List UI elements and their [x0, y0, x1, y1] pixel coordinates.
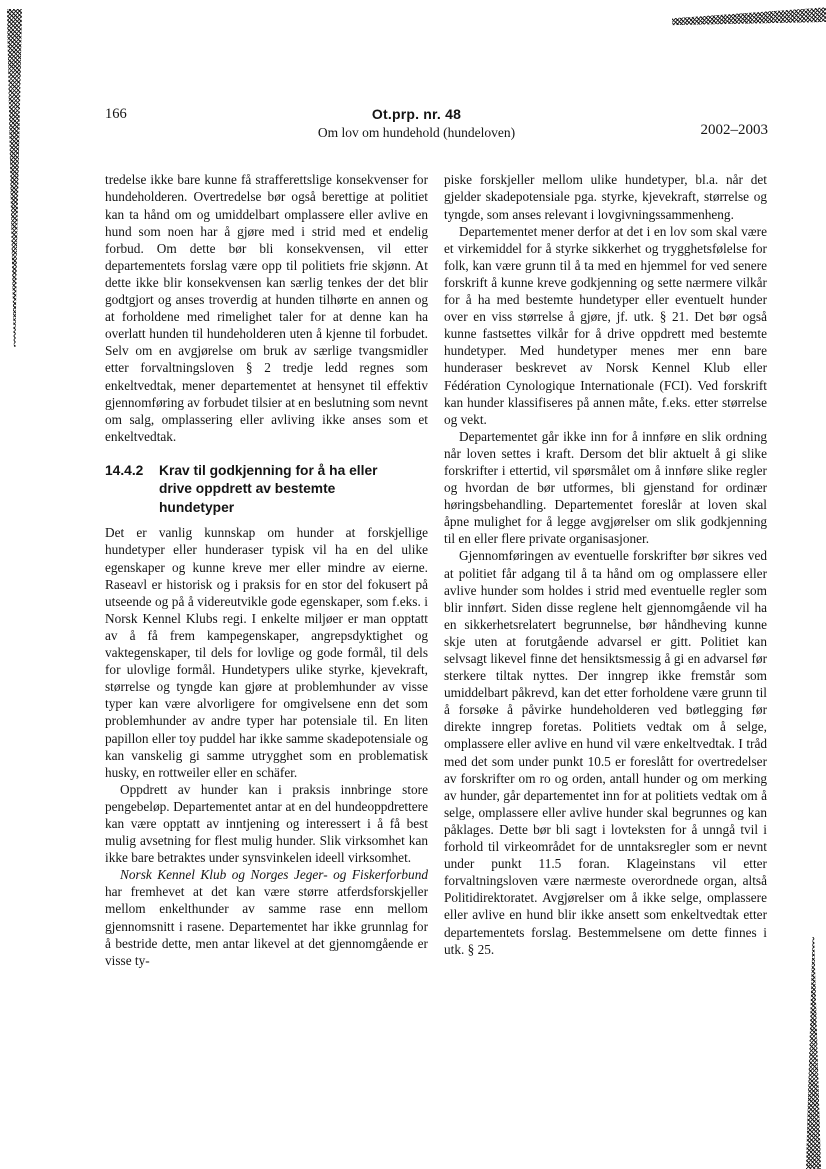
- paragraph: Oppdrett av hunder kan i praksis innbrin…: [105, 781, 428, 866]
- document-title: Ot.prp. nr. 48: [175, 106, 658, 124]
- text-columns: tredelse ikke bare kunne få strafferetts…: [0, 141, 826, 968]
- page-number: 166: [105, 106, 175, 123]
- running-head: Ot.prp. nr. 48 Om lov om hundehold (hund…: [175, 106, 658, 141]
- session-year: 2002–2003: [658, 122, 768, 139]
- organization-names-italic: Norsk Kennel Klub og Norges Jeger- og Fi…: [120, 867, 428, 882]
- right-column: piske forskjeller mellom ulike hundetype…: [444, 171, 767, 968]
- paragraph: Det er vanlig kunnskap om hunder at fors…: [105, 524, 428, 780]
- paragraph-continuation: tredelse ikke bare kunne få strafferetts…: [105, 171, 428, 445]
- section-heading: 14.4.2 Krav til godkjenning for å ha ell…: [105, 462, 428, 518]
- left-column: tredelse ikke bare kunne få strafferetts…: [105, 171, 428, 968]
- paragraph-continuation: piske forskjeller mellom ulike hundetype…: [444, 171, 767, 222]
- paragraph: Departementet mener derfor at det i en l…: [444, 223, 767, 428]
- document-subtitle: Om lov om hundehold (hundeloven): [175, 125, 658, 142]
- paragraph: Departementet går ikke inn for å innføre…: [444, 428, 767, 548]
- scan-artifact-bottom-right-band: [806, 937, 821, 1169]
- section-number: 14.4.2: [105, 462, 159, 518]
- section-title: Krav til godkjenning for å ha eller driv…: [159, 462, 411, 518]
- paragraph: Gjennomføringen av eventuelle forskrifte…: [444, 547, 767, 957]
- document-page: 166 Ot.prp. nr. 48 Om lov om hundehold (…: [0, 0, 826, 1169]
- paragraph: Norsk Kennel Klub og Norges Jeger- og Fi…: [105, 866, 428, 969]
- paragraph-text: har fremhevet at det kan være større atf…: [105, 884, 428, 967]
